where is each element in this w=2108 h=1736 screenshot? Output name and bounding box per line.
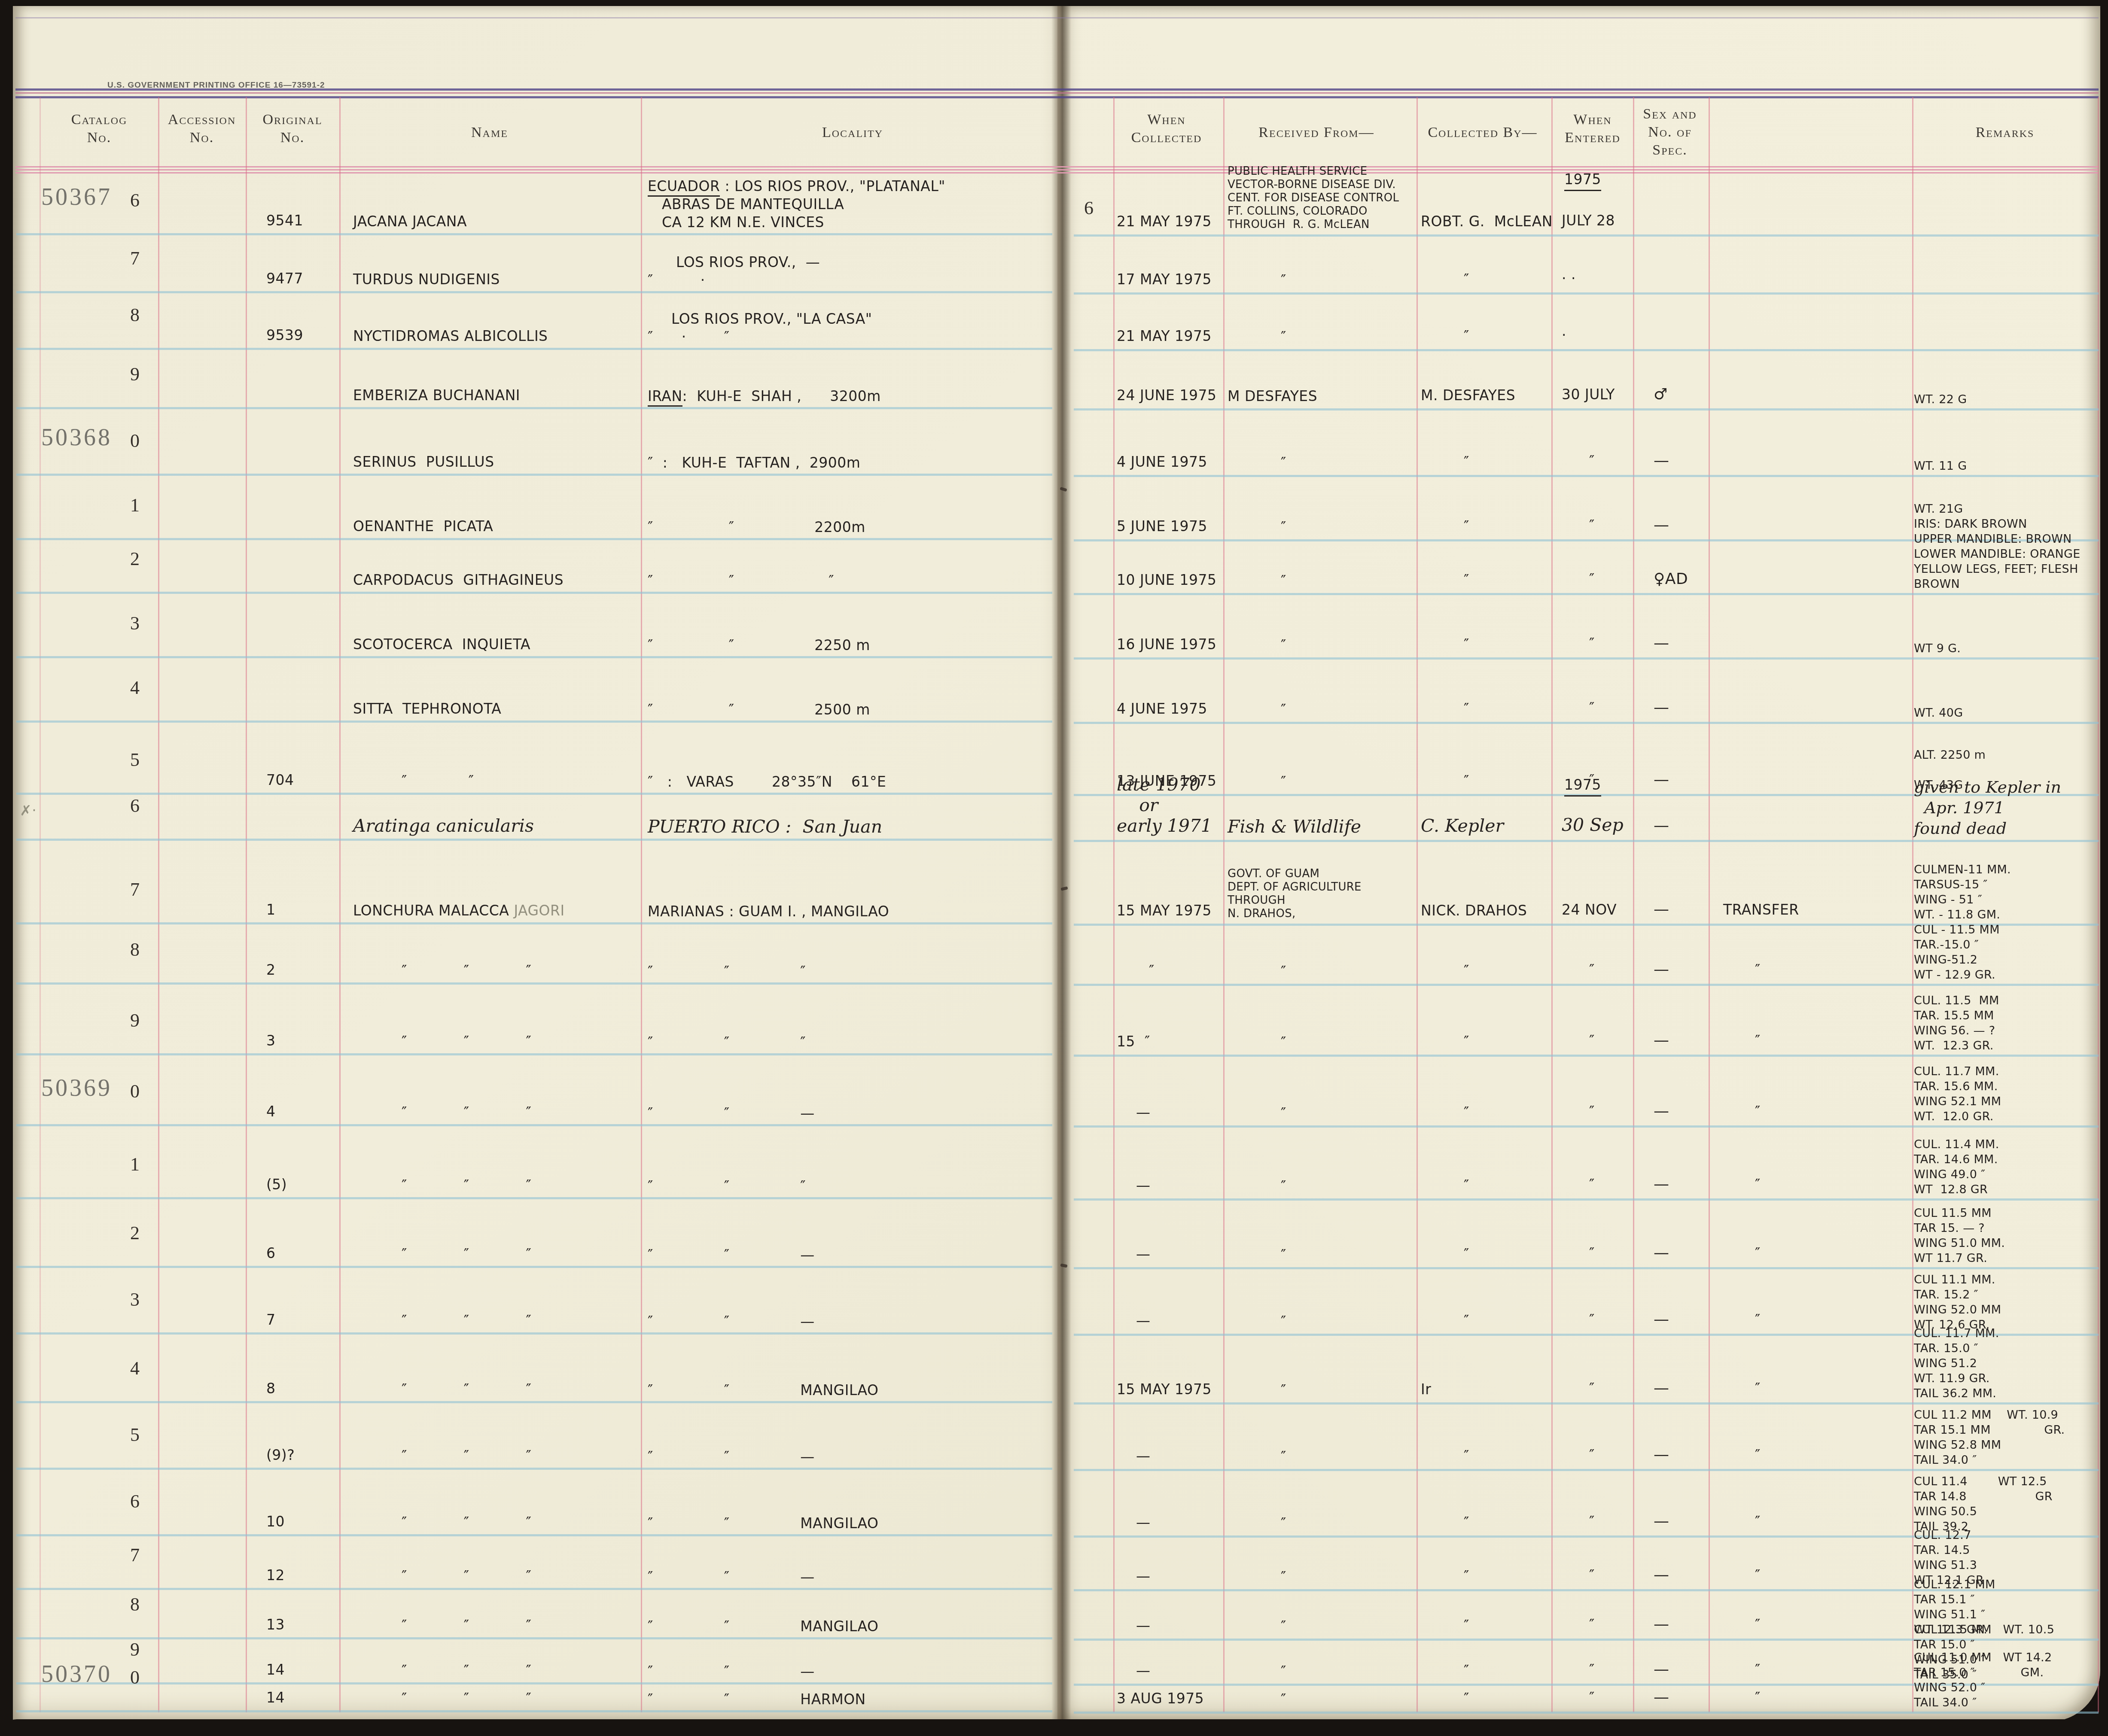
column-header-right-3: WhenEntered <box>1565 111 1620 147</box>
row-18-collected_by: Ir <box>1421 1380 1431 1399</box>
row-10-collected: late 1970 or early 1971 <box>1117 774 1212 836</box>
locality-detail: LOS RIOS PROV., — ″ · <box>648 254 820 289</box>
row-12-remarks: CUL - 11.5 MM TAR.-15.0 ″ WING-51.2 WT -… <box>1914 922 2105 982</box>
row-line-right-7 <box>1074 657 2099 660</box>
row-6-name: CARPODACUS GITHAGINEUS <box>353 571 564 589</box>
row-24-locality: ″ ″ HARMON <box>648 1690 1056 1709</box>
column-header-text: Spec. <box>1643 141 1697 159</box>
row-20-entered: ″ <box>1589 1513 1595 1531</box>
specimen-name: JACANA JACANA <box>353 213 467 230</box>
row-5-collected: 5 JUNE 1975 <box>1117 517 1207 535</box>
specimen-name: ″ ″ ″ <box>402 1177 531 1194</box>
row-7-locality: ″ ″ 2250 m <box>648 636 1056 654</box>
row-12-collected_by: ″ <box>1464 962 1469 980</box>
scan-top-edge <box>0 0 2108 6</box>
row-9-sex: — <box>1654 771 1669 789</box>
row-19-remarks: CUL 11.2 MM WT. 10.9 TAR 15.1 MM GR. WIN… <box>1914 1408 2105 1468</box>
row-10-num: 6 <box>130 795 140 817</box>
row-1-entered: · · <box>1562 270 1576 288</box>
row-18-received: ″ <box>1281 1381 1286 1399</box>
row-11-received: GOVT. OF GUAM DEPT. OF AGRICULTURE THROU… <box>1228 867 1362 921</box>
row-line-left-11 <box>16 922 1052 924</box>
header-rule-purple-1 <box>15 88 2099 91</box>
ledger-scan: U.S. GOVERNMENT PRINTING OFFICE 16—73591… <box>0 0 2108 1736</box>
specimen-name: ″ ″ ″ <box>402 1662 531 1679</box>
row-15-orig: (5) <box>266 1176 287 1194</box>
row-4-sex: — <box>1654 452 1669 470</box>
row-17-received: ″ <box>1281 1313 1286 1331</box>
row-11-entered: 24 NOV <box>1562 901 1617 919</box>
specimen-name: TURDUS NUDIGENIS <box>353 271 500 288</box>
row-18-name: ″ ″ ″ <box>402 1380 531 1399</box>
row-24-orig: 14 <box>266 1689 285 1707</box>
row-4-remarks: WT. 11 G <box>1914 459 2105 474</box>
row-21-extra: ″ <box>1755 1566 1761 1584</box>
row-24-sex: — <box>1654 1689 1669 1707</box>
row-15-locality: ″ ″ ″ <box>648 1177 1056 1195</box>
row-14-remarks: CUL. 11.7 MM. TAR. 15.6 MM. WING 52.1 MM… <box>1914 1064 2105 1124</box>
row-18-remarks: CUL. 11.7 MM. TAR. 15.0 ″ WING 51.2 WT. … <box>1914 1326 2105 1401</box>
scan-right-edge <box>2100 0 2108 1736</box>
row-line-right-15 <box>1074 1198 2099 1201</box>
row-17-num: 3 <box>130 1289 140 1310</box>
row-2-name: NYCTIDROMAS ALBICOLLIS <box>353 327 548 345</box>
row-24-collected: 3 AUG 1975 <box>1117 1690 1204 1708</box>
header-rule-pink <box>15 92 2099 94</box>
row-12-sex: — <box>1654 961 1669 979</box>
row-23-collected_by: ″ <box>1464 1662 1469 1680</box>
row-6-locality: ″ ″ ″ <box>648 572 1056 590</box>
row-line-left-19 <box>16 1468 1052 1470</box>
row-16-received: ″ <box>1281 1246 1286 1264</box>
column-header-text: Collected <box>1131 129 1202 147</box>
specimen-name: CARPODACUS GITHAGINEUS <box>353 572 564 588</box>
column-header-text: Collected By— <box>1428 124 1537 142</box>
locality-detail: ″ ″ 2250 m <box>648 637 870 654</box>
row-22-extra: ″ <box>1755 1616 1761 1634</box>
row-0-catalog: 50367 <box>41 183 112 211</box>
row-20-orig: 10 <box>266 1513 285 1531</box>
column-header-text: Accession <box>168 111 236 129</box>
row-line-right-6 <box>1074 593 2099 595</box>
column-header-left-3: Name <box>471 124 508 142</box>
row-17-locality: ″ ″ — <box>648 1313 1056 1331</box>
row-18-sex: — <box>1654 1380 1669 1398</box>
row-23-name: ″ ″ ″ <box>402 1662 531 1680</box>
row-3-name: EMBERIZA BUCHANANI <box>353 386 520 404</box>
row-15-entered: ″ <box>1589 1176 1595 1194</box>
row-13-name: ″ ″ ″ <box>402 1033 531 1051</box>
row-12-num: 8 <box>130 939 140 961</box>
specimen-name: LONCHURA MALACCA <box>353 902 514 919</box>
locality-detail: ″ ″ 2200m <box>648 519 865 535</box>
row-10-collected_by: C. Kepler <box>1421 815 1504 836</box>
row-24-collected_by: ″ <box>1464 1690 1469 1708</box>
scan-bottom-shadow <box>0 1719 2108 1736</box>
column-header-right-5: Remarks <box>1976 124 2035 142</box>
row-5-locality: ″ ″ 2200m <box>648 518 1056 536</box>
row-0-num: 6 <box>130 189 140 211</box>
row-0-collected: 21 MAY 1975 <box>1117 213 1212 231</box>
row-19-extra: ″ <box>1755 1446 1761 1464</box>
specimen-name: SERINUS PUSILLUS <box>353 453 494 470</box>
row-12-extra: ″ <box>1755 961 1761 979</box>
printer-mark: U.S. GOVERNMENT PRINTING OFFICE 16—73591… <box>107 81 325 90</box>
row-19-entered: ″ <box>1589 1446 1595 1464</box>
locality-detail: ″ ″ — <box>648 1105 815 1122</box>
row-14-orig: 4 <box>266 1103 276 1121</box>
row-6-received: ″ <box>1281 572 1286 590</box>
row-20-received: ″ <box>1281 1514 1286 1532</box>
row-line-left-15 <box>16 1197 1052 1199</box>
locality-detail: MARIANAS : GUAM I. , MANGILAO <box>648 903 889 920</box>
row-line-right-4 <box>1074 475 2099 477</box>
row-5-sex: — <box>1654 517 1669 535</box>
row-6-collected: 10 JUNE 1975 <box>1117 571 1216 589</box>
row-line-right-1 <box>1074 292 2099 295</box>
row-line-left-5 <box>16 538 1052 540</box>
row-14-collected: — <box>1136 1104 1151 1122</box>
row-5-name: OENANTHE PICATA <box>353 517 493 535</box>
row-7-collected_by: ″ <box>1464 635 1469 654</box>
specimen-name: ″ ″ ″ <box>402 1514 531 1531</box>
row-0-name: JACANA JACANA <box>353 213 467 231</box>
row-8-entered: ″ <box>1589 699 1595 717</box>
row-4-collected_by: ″ <box>1464 453 1469 471</box>
row-20-collected: — <box>1136 1514 1151 1532</box>
specimen-name: ″ ″ ″ <box>402 1447 531 1464</box>
row-5-entered: ″ <box>1589 517 1595 535</box>
row-17-entered: ″ <box>1589 1311 1595 1329</box>
row-10-locality: PUERTO RICO : San Juan <box>648 816 1056 837</box>
row-9-locality: ″ : VARAS 28°35″N 61°E <box>648 773 1056 791</box>
row-13-num: 9 <box>130 1009 140 1031</box>
row-2-num: 8 <box>130 304 140 326</box>
row-12-collected: ″ <box>1149 962 1155 980</box>
row-21-name: ″ ″ ″ <box>402 1567 531 1585</box>
row-4-entered: ″ <box>1589 452 1595 470</box>
column-header-text: Remarks <box>1976 124 2035 142</box>
row-24-name: ″ ″ ″ <box>402 1690 531 1708</box>
row-4-name: SERINUS PUSILLUS <box>353 453 494 471</box>
column-header-left-4: Locality <box>822 124 883 142</box>
row-2-entered: · <box>1562 326 1566 344</box>
row-21-sex: — <box>1654 1566 1669 1584</box>
specimen-name: ″ ″ ″ <box>402 1104 531 1121</box>
row-21-locality: ″ ″ — <box>648 1568 1056 1586</box>
column-header-text: When <box>1131 111 1202 129</box>
row-20-num: 6 <box>130 1490 140 1512</box>
row-7-num: 3 <box>130 612 140 634</box>
specimen-name: ″ ″ ″ <box>402 1312 531 1329</box>
specimen-name-pencil: JAGORI <box>514 902 564 919</box>
header-rule-purple-2 <box>15 96 2099 98</box>
row-17-extra: ″ <box>1755 1311 1761 1329</box>
row-5-received: ″ <box>1281 518 1286 536</box>
locality-detail: ″ ″ MANGILAO <box>648 1515 879 1532</box>
row-22-sex: — <box>1654 1616 1669 1634</box>
row-10-name: Aratinga canicularis <box>353 815 534 836</box>
locality-detail: LOS RIOS PROV., "LA CASA" ″ · ″ <box>648 310 872 345</box>
row-9-collected_by: ″ <box>1464 772 1469 790</box>
row-9-num: 5 <box>130 749 140 771</box>
row-line-right-3 <box>1074 408 2099 410</box>
row-24-remarks: CUL 11.0 MM WT 14.2 TAR 15.0 ″ GM. WING … <box>1914 1650 2105 1710</box>
row-15-received: ″ <box>1281 1177 1286 1195</box>
locality-detail: : KUH-E SHAH , 3200m <box>682 388 881 404</box>
row-16-collected: — <box>1136 1245 1151 1263</box>
locality-detail: ″ ″ — <box>648 1569 815 1585</box>
row-1-received: ″ <box>1281 271 1286 289</box>
row-13-extra: ″ <box>1755 1032 1761 1050</box>
row-16-extra: ″ <box>1755 1244 1761 1262</box>
locality-detail: ″ ″ MANGILAO <box>648 1382 879 1399</box>
row-17-collected: — <box>1136 1312 1151 1330</box>
column-header-right-1: Received From— <box>1258 124 1374 142</box>
row-0-rnum: 6 <box>1084 197 1094 219</box>
row-18-locality: ″ ″ MANGILAO <box>648 1381 1056 1399</box>
row-0-orig: 9541 <box>266 212 303 230</box>
row-8-num: 4 <box>130 677 140 699</box>
specimen-name: ″ ″ ″ <box>402 1033 531 1050</box>
row-line-left-4 <box>16 474 1052 476</box>
row-3-locality: IRAN: KUH-E SHAH , 3200m <box>648 387 1056 405</box>
row-line-left-3 <box>16 407 1052 409</box>
row-7-received: ″ <box>1281 636 1286 654</box>
row-6-num: 2 <box>130 548 140 570</box>
row-3-sex: ♂ <box>1654 386 1668 404</box>
row-24-extra: ″ <box>1755 1689 1761 1707</box>
column-header-right-0: WhenCollected <box>1131 111 1202 147</box>
row-15-collected: — <box>1136 1177 1151 1195</box>
row-3-num: 9 <box>130 363 140 385</box>
row-9-received: ″ <box>1281 773 1286 791</box>
column-header-left-2: OriginalNo. <box>262 111 322 147</box>
row-line-left-0 <box>16 233 1052 235</box>
row-14-name: ″ ″ ″ <box>402 1104 531 1122</box>
row-23-locality: ″ ″ — <box>648 1663 1056 1681</box>
row-15-sex: — <box>1654 1176 1669 1194</box>
specimen-name: EMBERIZA BUCHANANI <box>353 387 520 404</box>
column-header-text: No. of <box>1643 123 1697 141</box>
row-2-collected: 21 MAY 1975 <box>1117 327 1212 345</box>
specimen-name: SCOTOCERCA INQUIETA <box>353 636 530 653</box>
column-rule-left-3 <box>641 97 642 1712</box>
row-1-collected_by: ″ <box>1464 271 1469 289</box>
row-21-received: ″ <box>1281 1568 1286 1586</box>
locality-detail: ″ ″ 2500 m <box>648 701 870 718</box>
row-0-collected_by: ROBT. G. McLEAN <box>1421 213 1553 231</box>
row-14-sex: — <box>1654 1103 1669 1121</box>
row-line-left-24 <box>16 1710 1052 1712</box>
specimen-name: ″ ″ ″ <box>402 1690 531 1707</box>
row-11-num: 7 <box>130 879 140 900</box>
specimen-name: SITTA TEPHRONOTA <box>353 700 501 717</box>
row-13-sex: — <box>1654 1032 1669 1050</box>
row-24-entered: ″ <box>1589 1689 1595 1707</box>
row-line-left-6 <box>16 592 1052 594</box>
row-12-locality: ″ ″ ″ <box>648 963 1056 981</box>
row-14-extra: ″ <box>1755 1103 1761 1121</box>
row-19-num: 5 <box>130 1424 140 1446</box>
row-line-right-19 <box>1074 1469 2099 1471</box>
row-line-left-2 <box>16 348 1052 350</box>
row-11-collected: 15 MAY 1975 <box>1117 902 1212 920</box>
locality-detail: ″ ″ — <box>648 1663 815 1680</box>
locality-detail: ″ ″ MANGILAO <box>648 1618 879 1635</box>
row-19-name: ″ ″ ″ <box>402 1447 531 1465</box>
row-11-name: LONCHURA MALACCA JAGORI <box>353 902 565 920</box>
row-22-entered: ″ <box>1589 1616 1595 1634</box>
row-7-sex: — <box>1654 635 1669 653</box>
row-15-name: ″ ″ ″ <box>402 1177 531 1195</box>
row-2-collected_by: ″ <box>1464 327 1469 345</box>
row-7-collected: 16 JUNE 1975 <box>1117 635 1216 654</box>
row-8-collected_by: ″ <box>1464 700 1469 718</box>
row-3-remarks: WT. 22 G <box>1914 392 2105 407</box>
row-3-collected_by: M. DESFAYES <box>1421 386 1515 404</box>
row-4-locality: ″ : KUH-E TAFTAN , 2900m <box>648 454 1056 472</box>
row-2-received: ″ <box>1281 328 1286 346</box>
row-line-left-20 <box>16 1534 1052 1536</box>
specimen-name: ″ ″ <box>402 772 474 789</box>
row-19-collected_by: ″ <box>1464 1447 1469 1465</box>
row-0-locality: ECUADOR : LOS RIOS PROV., "PLATANAL" ABR… <box>648 177 1056 231</box>
row-22-name: ″ ″ ″ <box>402 1617 531 1635</box>
row-14-collected_by: ″ <box>1464 1104 1469 1122</box>
row-17-name: ″ ″ ″ <box>402 1312 531 1330</box>
row-3-received: M DESFAYES <box>1228 387 1317 405</box>
row-19-collected: — <box>1136 1447 1151 1465</box>
row-line-right-2 <box>1074 349 2099 351</box>
row-13-orig: 3 <box>266 1032 276 1050</box>
row-14-received: ″ <box>1281 1104 1286 1122</box>
row-4-received: ″ <box>1281 454 1286 472</box>
row-13-entered: ″ <box>1589 1032 1595 1050</box>
row-9-name: ″ ″ <box>402 772 474 790</box>
specimen-name: OENANTHE PICATA <box>353 518 493 535</box>
row-0-entered_top: 1975 <box>1564 170 1601 191</box>
row-15-extra: ″ <box>1755 1176 1761 1194</box>
column-rule-left-1 <box>246 97 247 1712</box>
row-17-collected_by: ″ <box>1464 1312 1469 1330</box>
row-0-entered: JULY 28 <box>1562 212 1615 230</box>
row-16-sex: — <box>1654 1244 1669 1262</box>
row-8-received: ″ <box>1281 701 1286 719</box>
row-22-num: 8 <box>130 1593 140 1615</box>
row-16-name: ″ ″ ″ <box>402 1245 531 1263</box>
row-line-left-1 <box>16 291 1052 293</box>
row-24-received: ″ <box>1281 1690 1286 1709</box>
row-24-catalog: 50370 <box>41 1660 112 1688</box>
row-18-extra: ″ <box>1755 1380 1761 1398</box>
row-23-collected: — <box>1136 1662 1151 1680</box>
row-16-remarks: CUL 11.5 MM TAR 15. — ? WING 51.0 MM. WT… <box>1914 1206 2105 1266</box>
column-header-text: Name <box>471 124 508 142</box>
locality-detail: ″ ″ ″ <box>648 963 806 980</box>
row-17-remarks: CUL 11.1 MM. TAR. 15.2 ″ WING 52.0 MM WT… <box>1914 1272 2105 1332</box>
column-header-text: Sex and <box>1643 105 1697 123</box>
header-sep-pink-1 <box>15 166 2099 167</box>
row-7-name: SCOTOCERCA INQUIETA <box>353 635 530 654</box>
row-line-right-16 <box>1074 1267 2099 1269</box>
row-15-num: 1 <box>130 1153 140 1175</box>
locality-region: ECUADOR <box>648 178 720 197</box>
locality-detail: ″ ″ — <box>648 1313 815 1330</box>
row-12-orig: 2 <box>266 961 276 979</box>
locality-detail: PUERTO RICO : San Juan <box>648 816 882 837</box>
row-2-locality: LOS RIOS PROV., "LA CASA" ″ · ″ <box>648 310 1056 346</box>
locality-detail: ″ ″ ″ <box>648 1178 806 1195</box>
column-rule-left-margin <box>40 97 41 1712</box>
row-line-left-7 <box>16 656 1052 658</box>
row-line-left-12 <box>16 982 1052 985</box>
row-14-locality: ″ ″ — <box>648 1104 1056 1122</box>
row-15-remarks: CUL. 11.4 MM. TAR. 14.6 MM. WING 49.0 ″ … <box>1914 1137 2105 1197</box>
row-8-collected: 4 JUNE 1975 <box>1117 700 1207 718</box>
row-22-collected: — <box>1136 1617 1151 1635</box>
row-line-left-16 <box>16 1266 1052 1268</box>
specimen-name: ″ ″ ″ <box>402 1246 531 1262</box>
row-23-received: ″ <box>1281 1663 1286 1681</box>
row-19-orig: (9)? <box>266 1446 295 1464</box>
row-line-left-9 <box>16 793 1052 795</box>
row-4-collected: 4 JUNE 1975 <box>1117 453 1207 471</box>
row-line-right-14 <box>1074 1125 2099 1128</box>
row-7-entered: ″ <box>1589 635 1595 653</box>
row-22-orig: 13 <box>266 1616 285 1634</box>
row-5-collected_by: ″ <box>1464 517 1469 535</box>
row-23-orig: 14 <box>266 1661 285 1679</box>
row-19-received: ″ <box>1281 1448 1286 1466</box>
locality-detail: ″ ″ HARMON <box>648 1691 866 1708</box>
row-4-num: 0 <box>130 430 140 452</box>
row-8-sex: — <box>1654 699 1669 717</box>
row-11-extra: TRANSFER <box>1723 901 1799 919</box>
row-11-sex: — <box>1654 901 1669 919</box>
row-14-entered: ″ <box>1589 1103 1595 1121</box>
row-21-collected: — <box>1136 1567 1151 1585</box>
row-10-received: Fish & Wildlife <box>1228 816 1361 837</box>
specimen-name: Aratinga canicularis <box>353 815 534 836</box>
locality-region: IRAN <box>648 388 682 407</box>
row-16-locality: ″ ″ — <box>648 1246 1056 1264</box>
row-11-orig: 1 <box>266 901 276 919</box>
row-23-entered: ″ <box>1589 1661 1595 1679</box>
row-22-collected_by: ″ <box>1464 1617 1469 1635</box>
row-line-left-17 <box>16 1332 1052 1335</box>
row-14-num: 0 <box>130 1080 140 1102</box>
row-line-left-10 <box>16 839 1052 841</box>
row-21-orig: 12 <box>266 1566 285 1584</box>
row-12-name: ″ ″ ″ <box>402 962 531 980</box>
row-8-name: SITTA TEPHRONOTA <box>353 700 501 718</box>
column-header-text: No. <box>168 129 236 147</box>
row-17-orig: 7 <box>266 1311 276 1329</box>
row-11-locality: MARIANAS : GUAM I. , MANGILAO <box>648 903 1056 921</box>
row-1-locality: LOS RIOS PROV., — ″ · <box>648 253 1056 289</box>
row-2-orig: 9539 <box>266 326 303 344</box>
specimen-name: ″ ″ ″ <box>402 1568 531 1584</box>
row-line-left-22 <box>16 1637 1052 1639</box>
row-6-entered: ″ <box>1589 570 1595 588</box>
row-line-right-13 <box>1074 1055 2099 1057</box>
row-11-remarks: CULMEN-11 MM. TARSUS-15 ″ WING - 51 ″ WT… <box>1914 862 2105 922</box>
row-10-entered_top: 1975 <box>1564 776 1601 797</box>
row-9-orig: 704 <box>266 771 294 789</box>
locality-detail: ″ ″ ″ <box>648 1034 806 1051</box>
row-19-locality: ″ ″ — <box>648 1448 1056 1466</box>
